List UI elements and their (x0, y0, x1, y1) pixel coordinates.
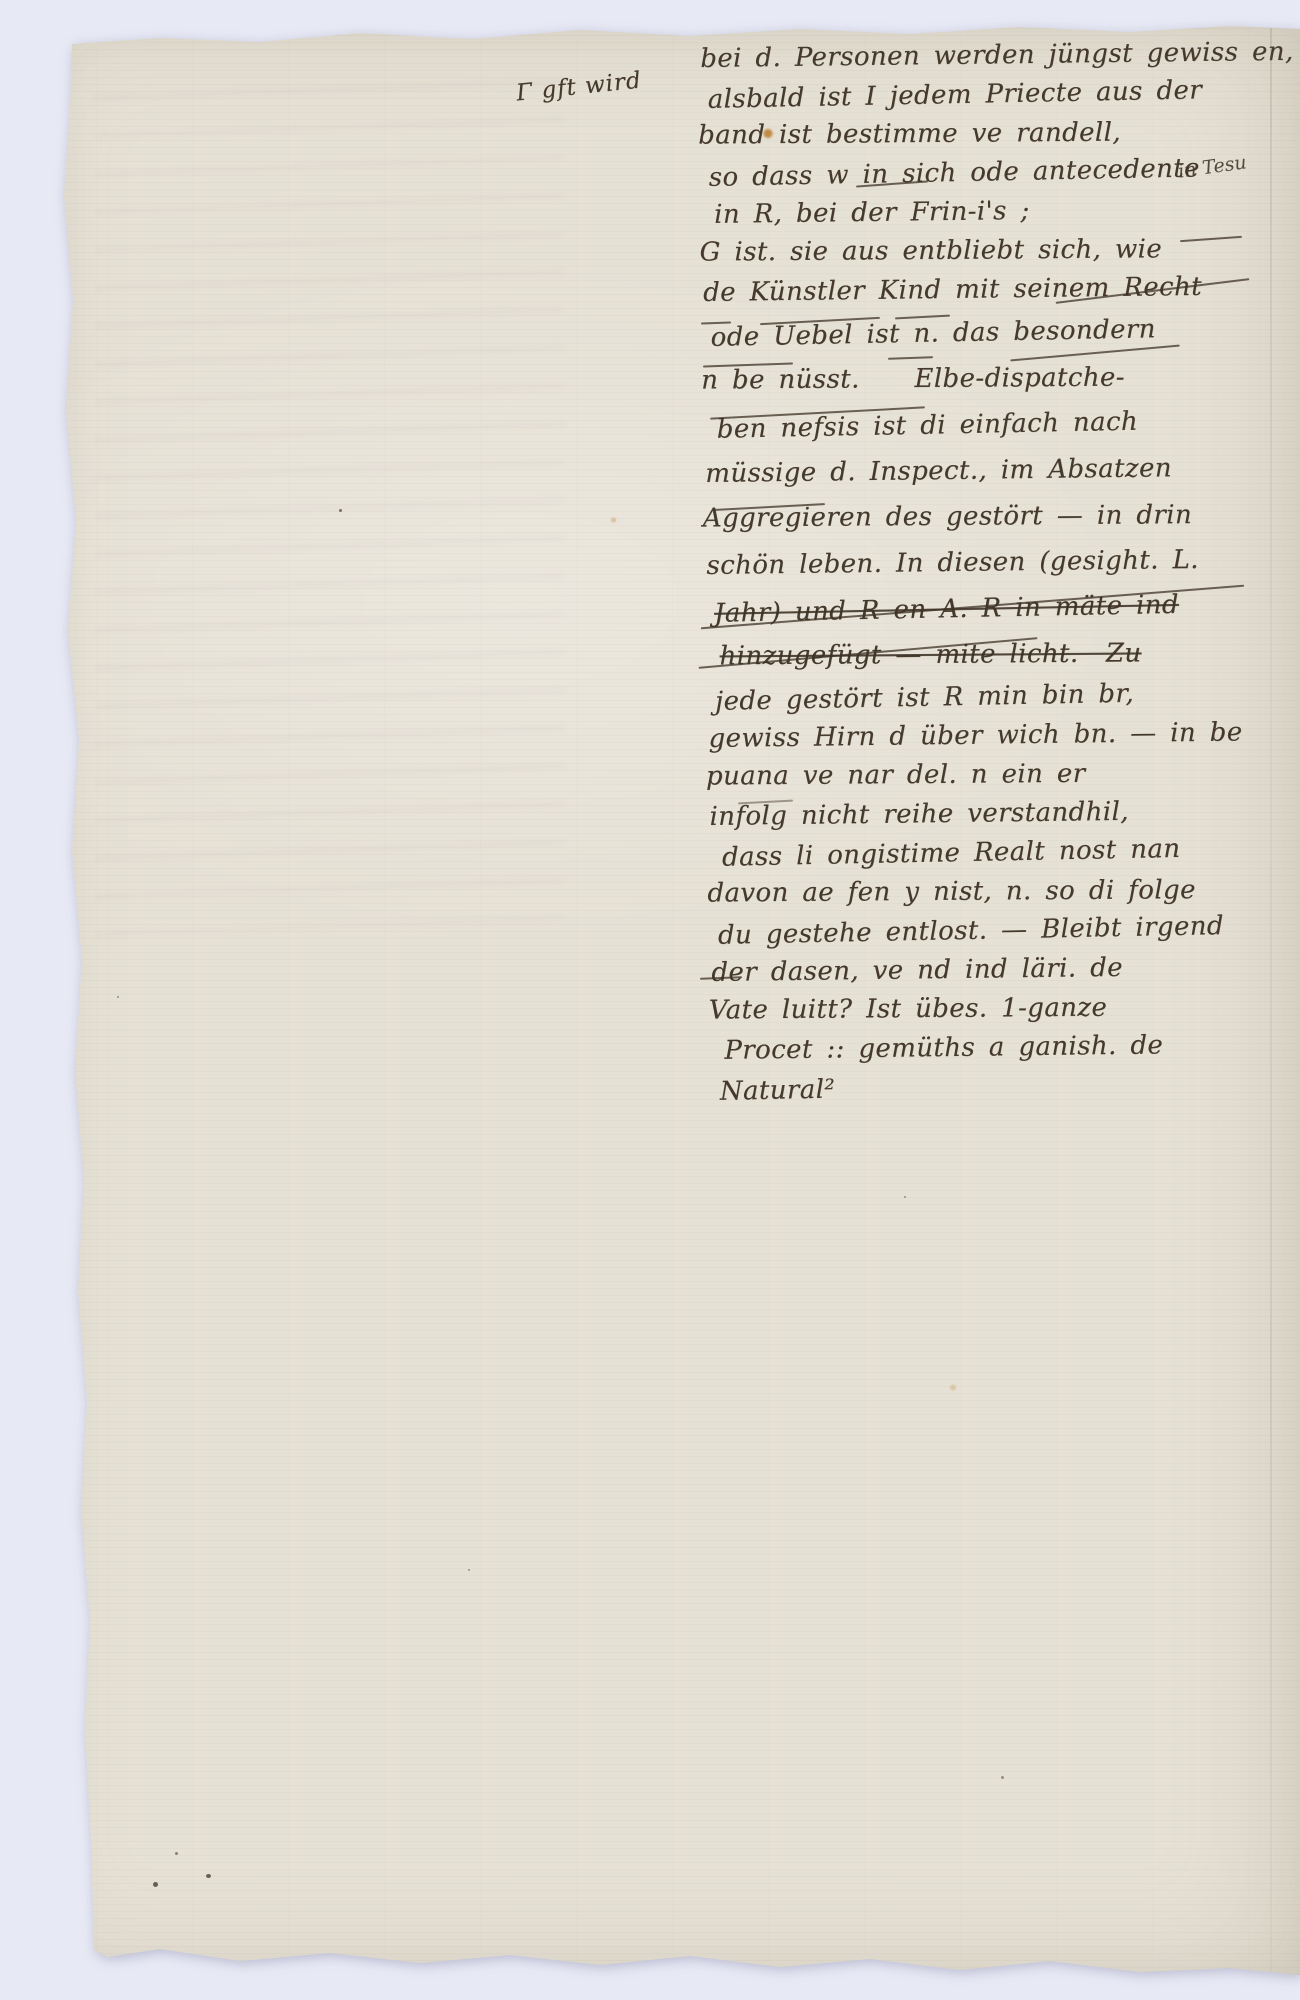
ink-speck (904, 1196, 906, 1198)
foxing-spot (949, 1384, 957, 1391)
ink-bleedthrough (95, 70, 565, 950)
handwriting-line: Jahr) und R en A. R in mäte ind (714, 580, 1268, 637)
handwriting-block: bei d. Personen werden jüngst gewiss en,… (700, 33, 1273, 1110)
paper-sheet: Γ gft wird in Tesu bei d. Personen werde… (0, 0, 1300, 2000)
handwriting-line: müssige d. Inspect., im Absatzen (705, 444, 1266, 497)
manuscript-page: Γ gft wird in Tesu bei d. Personen werde… (0, 0, 1300, 2000)
ink-speck (175, 1852, 178, 1855)
foxing-spot (610, 517, 617, 523)
handwriting-line: puana ve nar del. n ein er (706, 754, 1269, 797)
handwriting-line: Vate luitt? Ist übes. 1-ganze (709, 988, 1272, 1031)
ink-speck (339, 509, 342, 512)
ink-speck (153, 1882, 158, 1887)
handwriting-line: G ist. sie aus entbliebt sich, wie (699, 230, 1262, 273)
ink-speck (468, 1569, 470, 1571)
handwriting-line: n be nüsst. Elbe-dispatche- (701, 354, 1264, 404)
ink-speck (117, 996, 119, 998)
handwriting-line: Aggregieren des gestört — in drin (703, 492, 1266, 542)
ink-speck (206, 1874, 211, 1878)
handwriting-line: ode Uebel ist n. das besondern (710, 304, 1264, 361)
ink-speck (1001, 1776, 1004, 1779)
margin-note: Γ gft wird (515, 67, 643, 106)
handwriting-line: hinzugefügt — mite licht. Zu (719, 630, 1267, 680)
scan-background: Γ gft wird in Tesu bei d. Personen werde… (0, 0, 1300, 2000)
